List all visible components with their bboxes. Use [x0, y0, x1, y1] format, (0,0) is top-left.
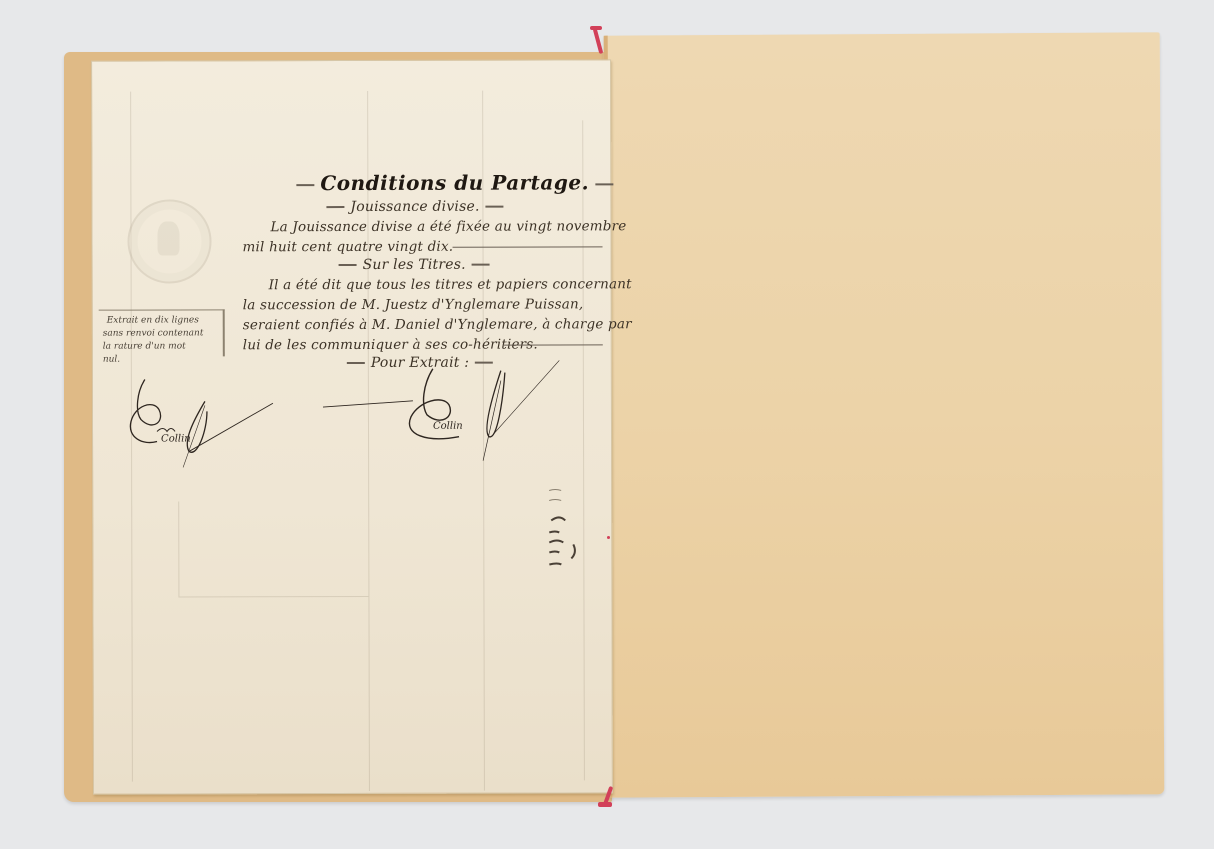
heading-text: Jouissance divise.	[350, 199, 479, 215]
text-line: mil huit cent quatre vingt dix.	[243, 239, 454, 256]
document-sheet: Conditions du Partage. Jouissance divise…	[91, 59, 613, 794]
document-title: Conditions du Partage.	[290, 170, 619, 195]
pencil-marks-icon	[545, 480, 585, 570]
binding-thread-top	[593, 28, 604, 54]
signature-center-icon: Collin	[323, 360, 583, 471]
margin-note-line: la rature d'un mot	[103, 341, 186, 351]
svg-text:Collin: Collin	[161, 433, 191, 444]
fill-line	[503, 344, 603, 345]
binding-thread-knot-top	[590, 26, 602, 30]
heading-text: Sur les Titres.	[363, 257, 466, 273]
text-line: La Jouissance divise a été fixée au ving…	[270, 218, 626, 235]
margin-note-line: Extrait en dix lignes	[107, 315, 199, 325]
section-heading-jouissance: Jouissance divise.	[320, 199, 509, 215]
text-line: Il a été dit que tous les titres et papi…	[269, 276, 632, 293]
binding-thread-knot-bottom	[598, 802, 612, 807]
folder-right-page	[604, 32, 1165, 797]
title-text: Conditions du Partage.	[320, 170, 589, 195]
text-line: la succession de M. Juestz d'Ynglemare P…	[243, 296, 584, 313]
signature-left-icon: Collin	[123, 371, 283, 471]
ruling-line	[178, 596, 368, 597]
section-heading-titres: Sur les Titres.	[333, 257, 496, 273]
embossed-seal-icon	[127, 199, 211, 283]
margin-note-line: nul.	[103, 355, 120, 365]
folder-spine-edge	[604, 32, 1165, 797]
fill-line	[453, 246, 603, 247]
binding-thread-dot	[607, 536, 610, 539]
svg-text:Collin: Collin	[433, 421, 463, 432]
text-line: seraient confiés à M. Daniel d'Ynglemare…	[243, 316, 632, 333]
margin-note-line: sans renvoi contenant	[103, 328, 204, 338]
text-line: lui de les communiquer à ses co-héritier…	[243, 337, 538, 354]
ruling-line	[178, 501, 179, 596]
